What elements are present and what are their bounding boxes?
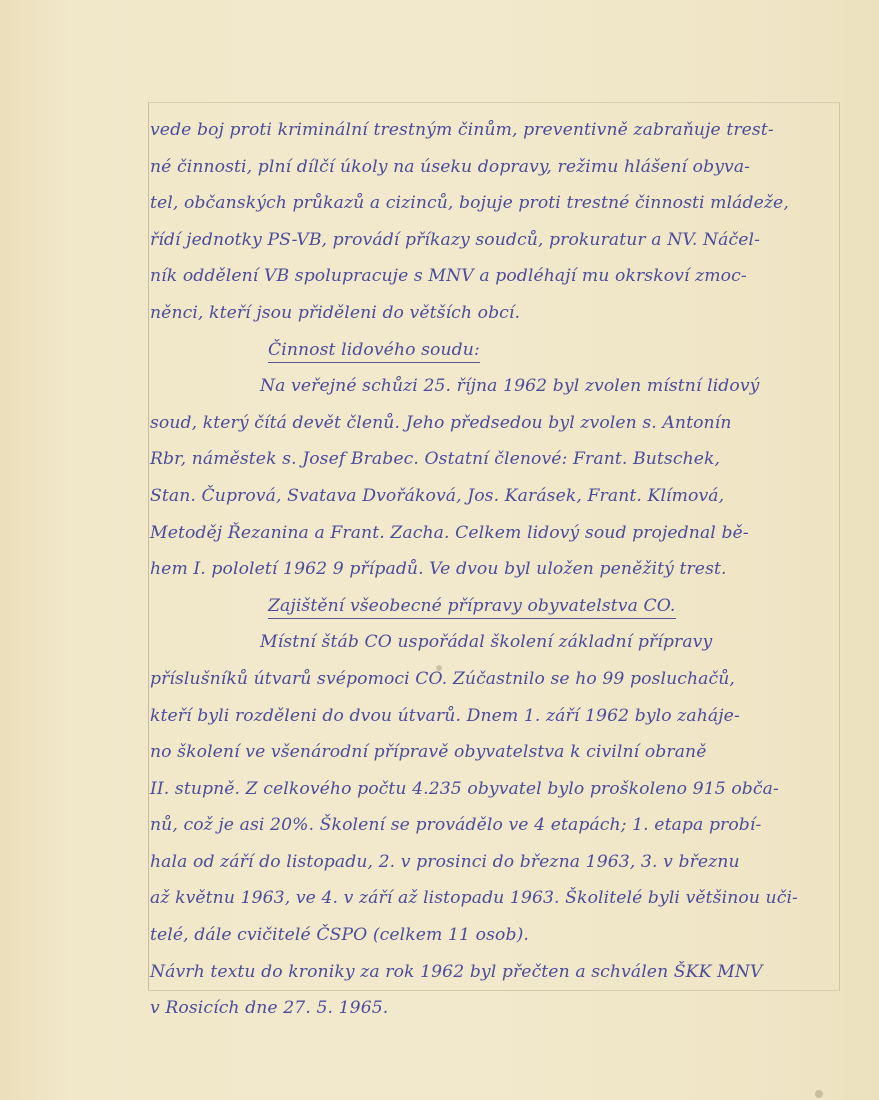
text-line: nů, což je asi 20%. Školení se provádělo… <box>150 807 840 844</box>
text-line: soud, který čítá devět členů. Jeho předs… <box>150 405 840 442</box>
paper-stain <box>815 1090 823 1098</box>
text-line: až květnu 1963, ve 4. v září až listopad… <box>150 880 840 917</box>
text-line: telé, dále cvičitelé ČSPO (celkem 11 oso… <box>150 917 840 954</box>
text-line: Místní štáb CO uspořádal školení základn… <box>150 624 840 661</box>
text-line: řídí jednotky PS-VB, provádí příkazy sou… <box>150 222 840 259</box>
heading-text: Činnost lidového soudu: <box>268 340 480 363</box>
text-line: Stan. Čuprová, Svatava Dvořáková, Jos. K… <box>150 478 840 515</box>
section-heading-civil-defense: Zajištění všeobecné přípravy obyvatelstv… <box>150 588 840 625</box>
heading-text: Zajištění všeobecné přípravy obyvatelstv… <box>268 596 676 619</box>
handwritten-text-body: vede boj proti kriminální trestným činům… <box>150 112 840 1027</box>
closing-approval-note: Návrh textu do kroniky za rok 1962 byl p… <box>150 954 840 1027</box>
section-heading-peoples-court: Činnost lidového soudu: <box>150 332 840 369</box>
text-line: no školení ve všenárodní přípravě obyvat… <box>150 734 840 771</box>
text-line: něnci, kteří jsou přiděleni do větších o… <box>150 295 840 332</box>
text-line: vede boj proti kriminální trestným činům… <box>150 112 840 149</box>
text-line: Metoděj Řezanina a Frant. Zacha. Celkem … <box>150 515 840 552</box>
text-line: v Rosicích dne 27. 5. 1965. <box>150 990 840 1027</box>
paragraph-police-duties: vede boj proti kriminální trestným činům… <box>150 112 840 332</box>
text-line: Na veřejné schůzi 25. října 1962 byl zvo… <box>150 368 840 405</box>
text-line: né činnosti, plní dílčí úkoly na úseku d… <box>150 149 840 186</box>
text-line: hem I. pololetí 1962 9 případů. Ve dvou … <box>150 551 840 588</box>
paragraph-civil-defense: Místní štáb CO uspořádal školení základn… <box>150 624 840 953</box>
text-line: příslušníků útvarů svépomoci CO. Zúčastn… <box>150 661 840 698</box>
text-line: hala od září do listopadu, 2. v prosinci… <box>150 844 840 881</box>
text-line: Návrh textu do kroniky za rok 1962 byl p… <box>150 954 840 991</box>
scanned-page: vede boj proti kriminální trestným činům… <box>0 0 879 1100</box>
text-line: kteří byli rozděleni do dvou útvarů. Dne… <box>150 698 840 735</box>
text-line: II. stupně. Z celkového počtu 4.235 obyv… <box>150 771 840 808</box>
text-line: ník oddělení VB spolupracuje s MNV a pod… <box>150 258 840 295</box>
text-line: tel, občanských průkazů a cizinců, bojuj… <box>150 185 840 222</box>
paragraph-peoples-court: Na veřejné schůzi 25. října 1962 byl zvo… <box>150 368 840 588</box>
text-line: Rbr, náměstek s. Josef Brabec. Ostatní č… <box>150 441 840 478</box>
